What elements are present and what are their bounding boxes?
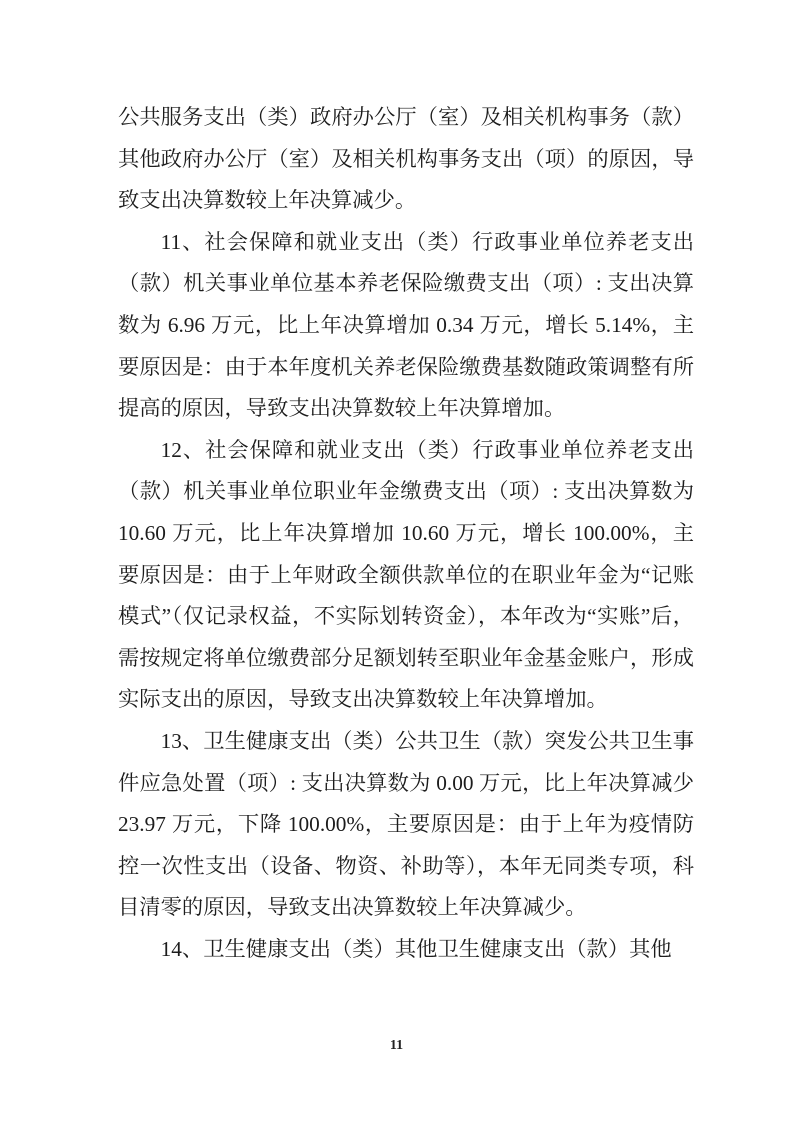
paragraph-item-13: 13、卫生健康支出（类）公共卫生（款）突发公共卫生事件应急处置（项）: 支出决算… [118, 721, 694, 929]
paragraph-item-14: 14、卫生健康支出（类）其他卫生健康支出（款）其他 [118, 929, 694, 971]
document-page: 公共服务支出（类）政府办公厅（室）及相关机构事务（款）其他政府办公厅（室）及相关… [0, 0, 793, 1122]
document-body: 公共服务支出（类）政府办公厅（室）及相关机构事务（款）其他政府办公厅（室）及相关… [118, 97, 694, 970]
paragraph-continuation: 公共服务支出（类）政府办公厅（室）及相关机构事务（款）其他政府办公厅（室）及相关… [118, 97, 694, 222]
paragraph-item-11: 11、社会保障和就业支出（类）行政事业单位养老支出（款）机关事业单位基本养老保险… [118, 222, 694, 430]
page-number: 11 [0, 1038, 793, 1054]
paragraph-item-12: 12、社会保障和就业支出（类）行政事业单位养老支出（款）机关事业单位职业年金缴费… [118, 430, 694, 721]
